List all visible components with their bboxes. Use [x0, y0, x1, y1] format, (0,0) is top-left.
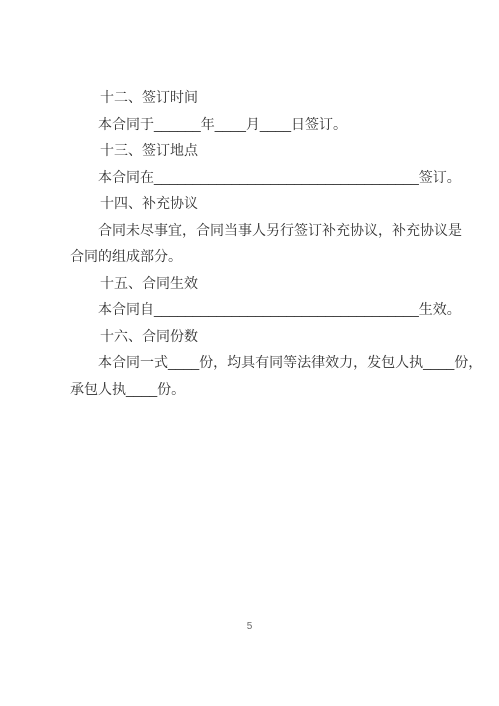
section-heading: 十三、签订地点 [70, 137, 470, 164]
document-line: 本合同自__________________________________生效… [70, 296, 470, 323]
document-line: 本合同于______年____月____日签订。 [70, 111, 470, 138]
section-heading: 十五、合同生效 [70, 270, 470, 297]
page-number: 5 [0, 621, 499, 632]
document-line: 合同未尽事宜，合同当事人另行签订补充协议，补充协议是 [70, 217, 470, 244]
document-page: 十二、签订时间本合同于______年____月____日签订。十三、签订地点本合… [0, 0, 499, 706]
document-line: 本合同一式____份，均具有同等法律效力，发包人执____份， [70, 349, 470, 376]
document-line: 本合同在__________________________________签订… [70, 164, 470, 191]
document-content: 十二、签订时间本合同于______年____月____日签订。十三、签订地点本合… [70, 84, 470, 402]
section-heading: 十二、签订时间 [70, 84, 470, 111]
section-heading: 十六、合同份数 [70, 323, 470, 350]
document-line: 承包人执____份。 [70, 376, 470, 403]
section-heading: 十四、补充协议 [70, 190, 470, 217]
document-line: 合同的组成部分。 [70, 243, 470, 270]
